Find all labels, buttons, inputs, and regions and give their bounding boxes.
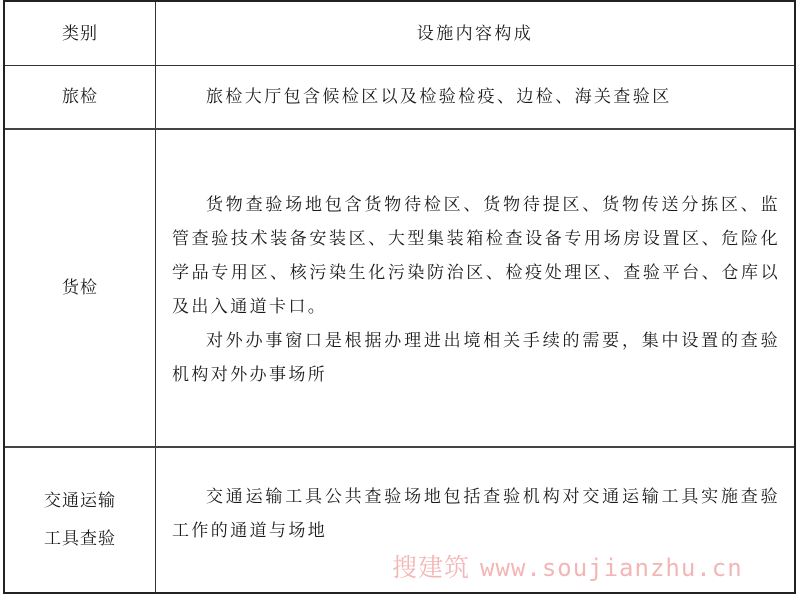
- row-category-line: 交通运输: [44, 482, 116, 520]
- row-content: 货物查验场地包含货物待检区、货物待提区、货物传送分拣区、监管查验技术装备安装区、…: [156, 130, 794, 446]
- row-category-line: 工具查验: [44, 520, 116, 558]
- content-paragraph: 对外办事窗口是根据办理进出境相关手续的需要，集中设置的查验机构对外办事场所: [172, 324, 780, 392]
- facility-table: 类别 设施内容构成 旅检 旅检大厅包含候检区以及检验检疫、边检、海关查验区 货检…: [3, 0, 796, 594]
- content-paragraph: 交通运输工具公共查验场地包括查验机构对交通运输工具实施查验工作的通道与场地: [172, 480, 780, 548]
- row-category: 旅检: [5, 66, 156, 128]
- watermark-cn: 搜建筑: [392, 553, 470, 582]
- content-paragraph: 旅检大厅包含候检区以及检验检疫、边检、海关查验区: [172, 80, 780, 114]
- watermark-url: www.soujianzhu.cn: [480, 554, 743, 582]
- table-row-passenger-inspection: 旅检 旅检大厅包含候检区以及检验检疫、边检、海关查验区: [5, 66, 794, 130]
- row-category: 货检: [5, 130, 156, 446]
- table-header-row: 类别 设施内容构成: [5, 2, 794, 66]
- content-paragraph: 货物查验场地包含货物待检区、货物待提区、货物传送分拣区、监管查验技术装备安装区、…: [172, 188, 780, 324]
- row-category: 交通运输 工具查验: [5, 448, 156, 592]
- header-content: 设施内容构成: [156, 2, 794, 65]
- watermark: 搜建筑www.soujianzhu.cn: [392, 548, 743, 584]
- row-content: 旅检大厅包含候检区以及检验检疫、边检、海关查验区: [156, 66, 794, 128]
- header-content-label: 设施内容构成: [417, 17, 533, 51]
- table-row-cargo-inspection: 货检 货物查验场地包含货物待检区、货物待提区、货物传送分拣区、监管查验技术装备安…: [5, 130, 794, 448]
- header-category: 类别: [5, 2, 156, 65]
